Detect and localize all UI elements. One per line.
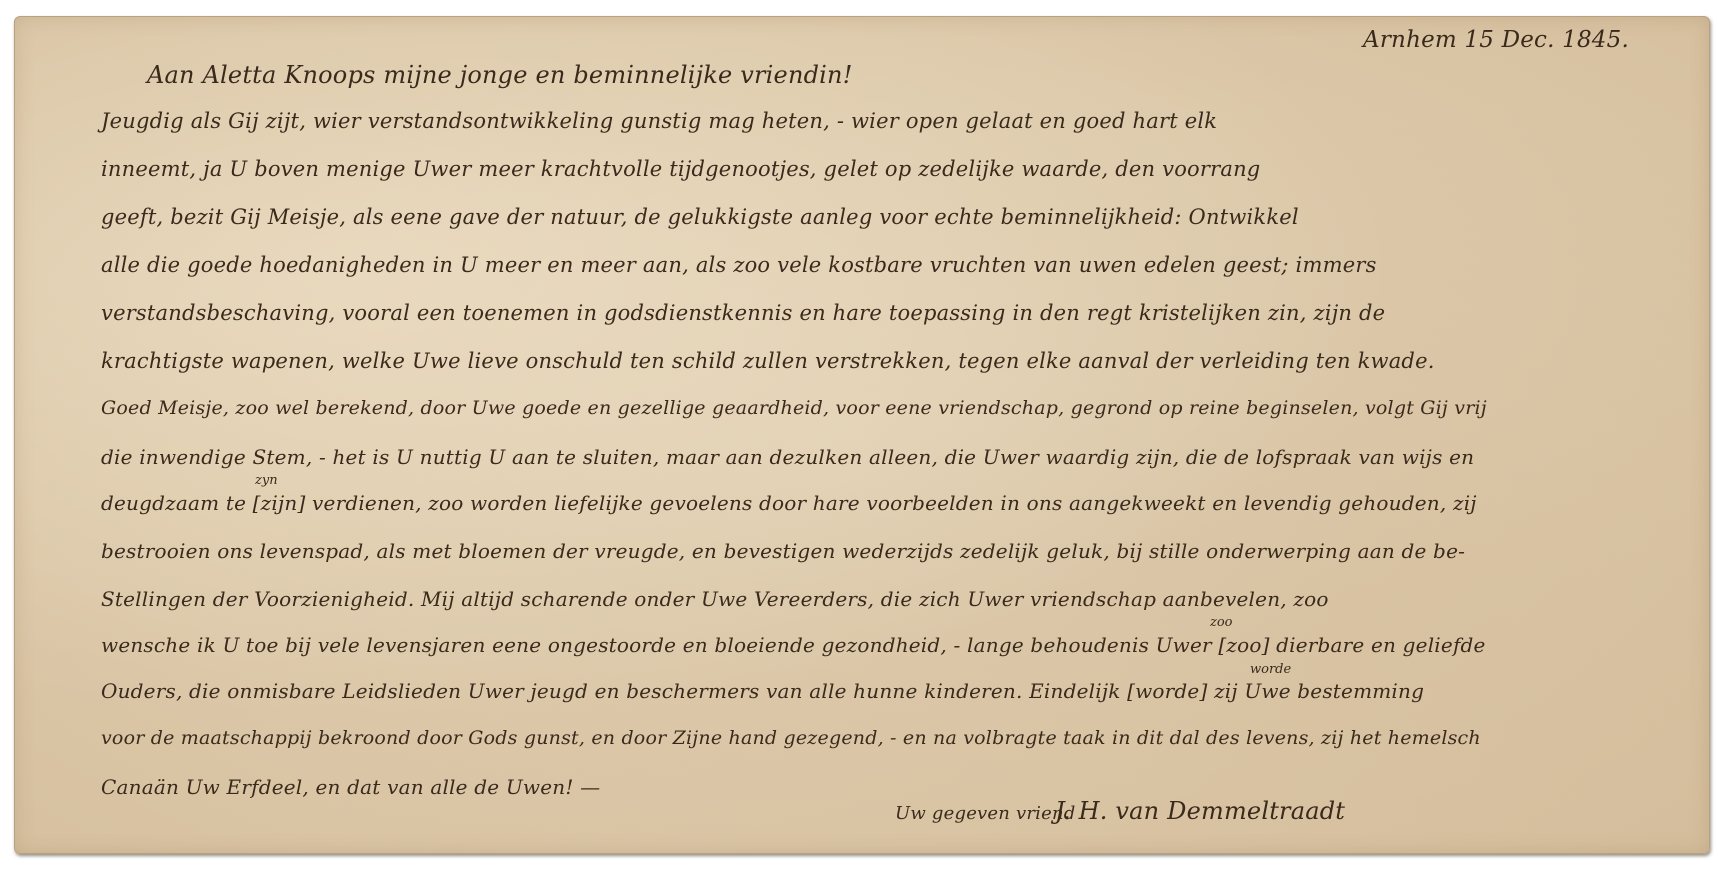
body-line: bestrooien ons levenspad, als met bloeme…	[101, 539, 1465, 563]
body-line: wensche ik U toe bij vele levensjaren ee…	[101, 633, 1486, 657]
body-line: Ouders, die onmisbare Leidslieden Uwer j…	[101, 679, 1424, 703]
place-date: Arnhem 15 Dec. 1845.	[1363, 27, 1629, 53]
insertion-zoo: zoo	[1210, 615, 1233, 630]
body-line: geeft, bezit Gij Meisje, als eene gave d…	[101, 205, 1299, 229]
body-line: Goed Meisje, zoo wel berekend, door Uwe …	[101, 397, 1487, 419]
closing-line: Canaän Uw Erfdeel, en dat van alle de Uw…	[101, 775, 600, 799]
body-line: die inwendige Stem, - het is U nuttig U …	[101, 445, 1474, 469]
body-line: deugdzaam te [zijn] verdienen, zoo worde…	[101, 491, 1477, 515]
signature-name: J. H. van Demmeltraadt	[1055, 797, 1345, 825]
body-line: Jeugdig als Gij zijt, wier verstandsontw…	[101, 109, 1217, 133]
body-line: inneemt, ja U boven menige Uwer meer kra…	[101, 157, 1260, 181]
signature-prefix: Uw gegeven vriend	[895, 803, 1075, 824]
insertion-zijn: zyn	[255, 473, 278, 488]
salutation: Aan Aletta Knoops mijne jonge en beminne…	[147, 61, 853, 89]
body-line: krachtigste wapenen, welke Uwe lieve ons…	[101, 349, 1435, 373]
body-line: Stellingen der Voorzienigheid. Mij altij…	[101, 587, 1329, 611]
letter-sheet: Arnhem 15 Dec. 1845. Aan Aletta Knoops m…	[14, 16, 1710, 854]
closing-text: Canaän Uw Erfdeel, en dat van alle de Uw…	[101, 775, 600, 799]
body-line: voor de maatschappij bekroond door Gods …	[101, 727, 1481, 749]
insertion-worde: worde	[1250, 662, 1291, 677]
body-line: verstandsbeschaving, vooral een toenemen…	[101, 301, 1385, 325]
body-line: alle die goede hoedanigheden in U meer e…	[101, 253, 1377, 277]
